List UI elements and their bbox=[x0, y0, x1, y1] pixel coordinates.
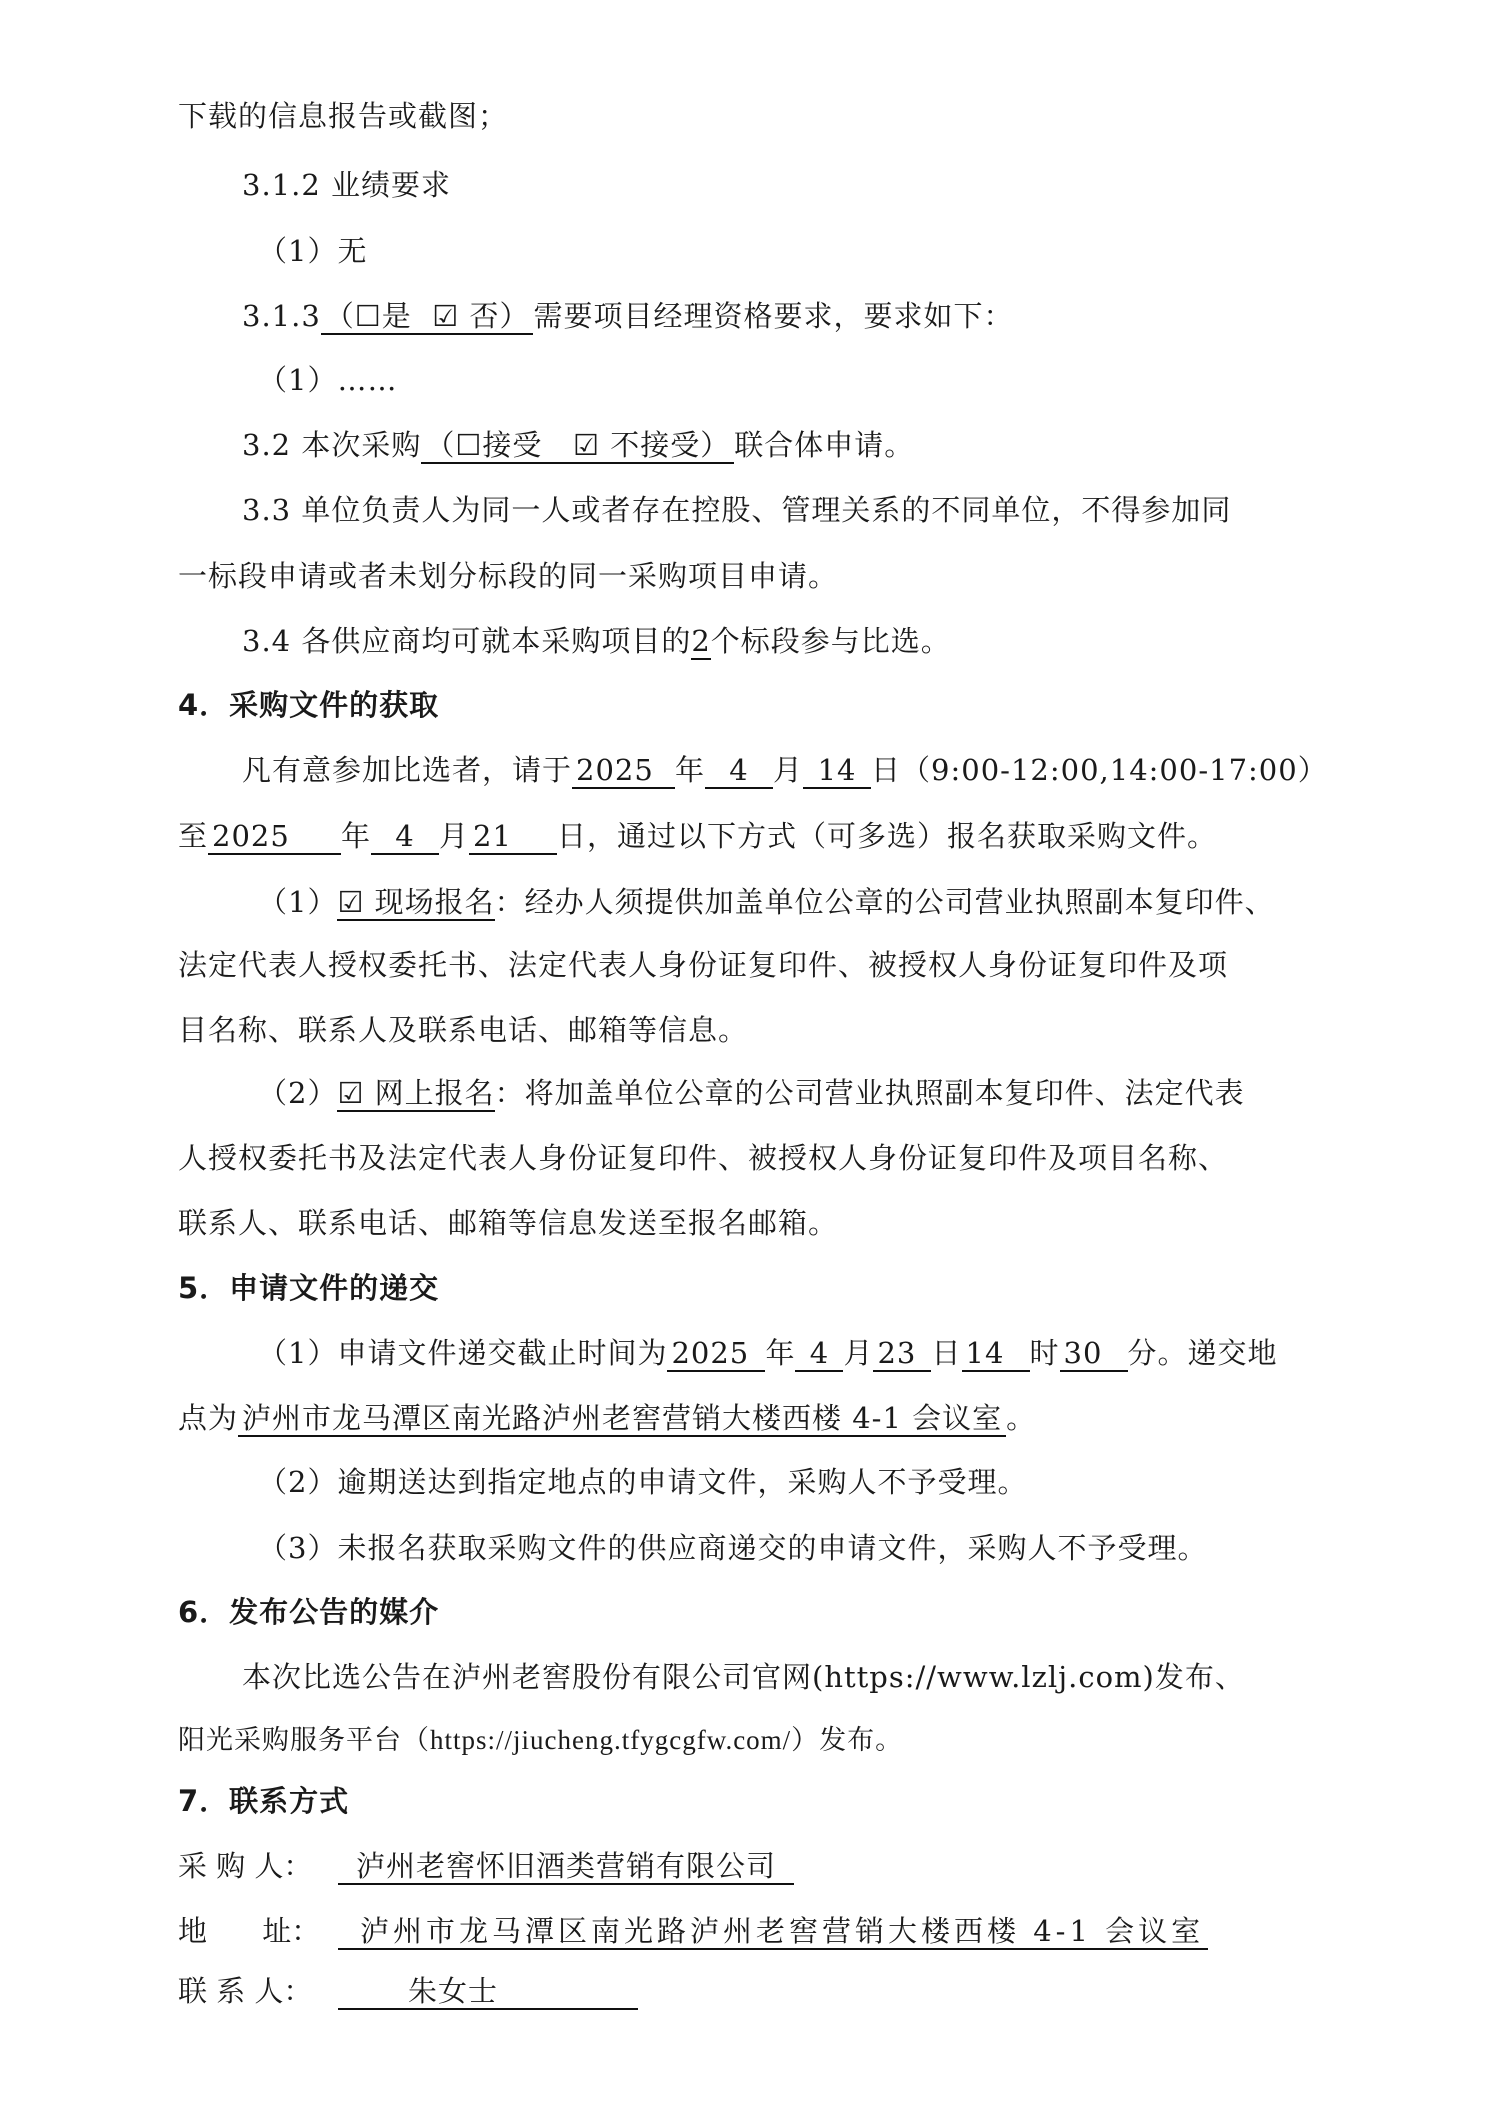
text: 年 bbox=[341, 819, 371, 853]
p5-deadline: （1）申请文件递交截止时间为2025年4月23日14时30分。递交地 bbox=[258, 1333, 1278, 1373]
text: 日 bbox=[931, 1336, 961, 1370]
p4-date-line-1: 凡有意参加比选者，请于2025年4月14日（9:00-12:00,14:00-1… bbox=[242, 750, 1328, 790]
deadline-hour: 14 bbox=[962, 1336, 1030, 1372]
continued-text: 下载的信息报告或截图； bbox=[178, 96, 508, 136]
text: 。 bbox=[1006, 1401, 1036, 1435]
section-3-3-a: 3.3 单位负责人为同一人或者存在控股、管理关系的不同单位，不得参加同 bbox=[242, 490, 1231, 530]
contact-buyer: 采 购 人：泸州老窖怀旧酒类营销有限公司 bbox=[178, 1846, 794, 1886]
heading-6: 6．发布公告的媒介 bbox=[178, 1592, 439, 1632]
s313-number: 3.1.3 bbox=[242, 299, 321, 333]
onsite-registration-checkbox[interactable]: ☑ 现场报名 bbox=[337, 885, 494, 921]
p4-option-2: （2）☑ 网上报名：将加盖单位公章的公司营业执照副本复印件、法定代表 bbox=[258, 1073, 1245, 1113]
text: （1） bbox=[258, 885, 337, 919]
text: 日（9:00-12:00,14:00-17:00） bbox=[871, 753, 1328, 787]
lot-count: 2 bbox=[691, 624, 710, 660]
text: 月 bbox=[843, 1336, 873, 1370]
start-day: 14 bbox=[803, 753, 871, 789]
deadline-minute: 30 bbox=[1060, 1336, 1128, 1372]
text: 日，通过以下方式（可多选）报名获取采购文件。 bbox=[557, 819, 1217, 853]
start-month: 4 bbox=[705, 753, 773, 789]
s313-text: 需要项目经理资格要求，要求如下： bbox=[533, 299, 1013, 333]
end-year: 2025 bbox=[208, 819, 341, 855]
s32-text: 3.2 本次采购 bbox=[242, 428, 421, 462]
s34-post: 个标段参与比选。 bbox=[711, 624, 951, 658]
text: （2） bbox=[258, 1076, 337, 1110]
end-day: 21 bbox=[469, 819, 557, 855]
text: 月 bbox=[439, 819, 469, 853]
buyer-value: 泸州老窖怀旧酒类营销有限公司 bbox=[338, 1849, 794, 1885]
deadline-month: 4 bbox=[795, 1336, 843, 1372]
end-month: 4 bbox=[371, 819, 439, 855]
text: 年 bbox=[765, 1336, 795, 1370]
p6-line-2: 阳光采购服务平台（https://jiucheng.tfygcgfw.com/）… bbox=[178, 1720, 903, 1760]
deadline-year: 2025 bbox=[667, 1336, 765, 1372]
buyer-label: 采 购 人： bbox=[178, 1846, 338, 1886]
address-label: 地 址： bbox=[178, 1911, 338, 1951]
section-3-1-2-item: （1）无 bbox=[258, 231, 367, 271]
section-3-1-2: 3.1.2 业绩要求 bbox=[242, 165, 451, 205]
heading-7: 7．联系方式 bbox=[178, 1781, 349, 1821]
heading-4: 4．采购文件的获取 bbox=[178, 685, 439, 725]
p5-location: 点为泸州市龙马潭区南光路泸州老窖营销大楼西楼 4-1 会议室。 bbox=[178, 1398, 1036, 1438]
p6-line-1: 本次比选公告在泸州老窖股份有限公司官网(https://www.lzlj.com… bbox=[242, 1657, 1245, 1697]
p4-date-line-2: 至2025年4月21日，通过以下方式（可多选）报名获取采购文件。 bbox=[178, 816, 1217, 856]
s32-post: 联合体申请。 bbox=[734, 428, 914, 462]
p4-option-1-b: 法定代表人授权委托书、法定代表人身份证复印件、被授权人身份证复印件及项 bbox=[178, 945, 1228, 985]
section-3-4: 3.4 各供应商均可就本采购项目的2个标段参与比选。 bbox=[242, 621, 951, 661]
p4-option-1-c: 目名称、联系人及联系电话、邮箱等信息。 bbox=[178, 1010, 748, 1050]
contact-person: 联 系 人：朱女士 bbox=[178, 1971, 638, 2011]
text: 至 bbox=[178, 819, 208, 853]
contact-value: 朱女士 bbox=[338, 1974, 638, 2010]
online-registration-checkbox[interactable]: ☑ 网上报名 bbox=[337, 1076, 494, 1112]
s34-text: 3.4 各供应商均可就本采购项目的 bbox=[242, 624, 691, 658]
text: ：将加盖单位公章的公司营业执照副本复印件、法定代表 bbox=[495, 1076, 1245, 1110]
text: （1）申请文件递交截止时间为 bbox=[258, 1336, 667, 1370]
start-year: 2025 bbox=[572, 753, 675, 789]
p4-option-2-b: 人授权委托书及法定代表人身份证复印件、被授权人身份证复印件及项目名称、 bbox=[178, 1138, 1228, 1178]
heading-5: 5．申请文件的递交 bbox=[178, 1268, 439, 1308]
section-3-3-b: 一标段申请或者未划分标段的同一采购项目申请。 bbox=[178, 556, 838, 596]
p5-item-3: （3）未报名获取采购文件的供应商递交的申请文件，采购人不予受理。 bbox=[258, 1528, 1207, 1568]
consortium-checkbox[interactable]: （☐接受 ☑ 不接受） bbox=[421, 428, 734, 464]
p4-option-1: （1）☑ 现场报名：经办人须提供加盖单位公章的公司营业执照副本复印件、 bbox=[258, 882, 1275, 922]
p4-option-2-c: 联系人、联系电话、邮箱等信息发送至报名邮箱。 bbox=[178, 1203, 838, 1243]
text: 年 bbox=[675, 753, 705, 787]
text: ：经办人须提供加盖单位公章的公司营业执照副本复印件、 bbox=[495, 885, 1275, 919]
section-3-2: 3.2 本次采购（☐接受 ☑ 不接受）联合体申请。 bbox=[242, 425, 914, 465]
pm-requirement-checkbox[interactable]: （☐是 ☑ 否） bbox=[321, 299, 534, 335]
deadline-day: 23 bbox=[873, 1336, 931, 1372]
text: 点为 bbox=[178, 1401, 238, 1435]
text: 凡有意参加比选者，请于 bbox=[242, 753, 572, 787]
section-3-1-3-item: （1）…… bbox=[258, 360, 397, 400]
text: 月 bbox=[773, 753, 803, 787]
contact-label: 联 系 人： bbox=[178, 1971, 338, 2011]
submission-address: 泸州市龙马潭区南光路泸州老窖营销大楼西楼 4-1 会议室 bbox=[238, 1401, 1006, 1437]
section-3-1-3: 3.1.3（☐是 ☑ 否）需要项目经理资格要求，要求如下： bbox=[242, 296, 1013, 336]
contact-address: 地 址：泸州市龙马潭区南光路泸州老窖营销大楼西楼 4-1 会议室 bbox=[178, 1911, 1208, 1951]
text: 时 bbox=[1030, 1336, 1060, 1370]
text: 分。递交地 bbox=[1128, 1336, 1278, 1370]
p5-item-2: （2）逾期送达到指定地点的申请文件，采购人不予受理。 bbox=[258, 1462, 1027, 1502]
address-value: 泸州市龙马潭区南光路泸州老窖营销大楼西楼 4-1 会议室 bbox=[338, 1914, 1208, 1950]
